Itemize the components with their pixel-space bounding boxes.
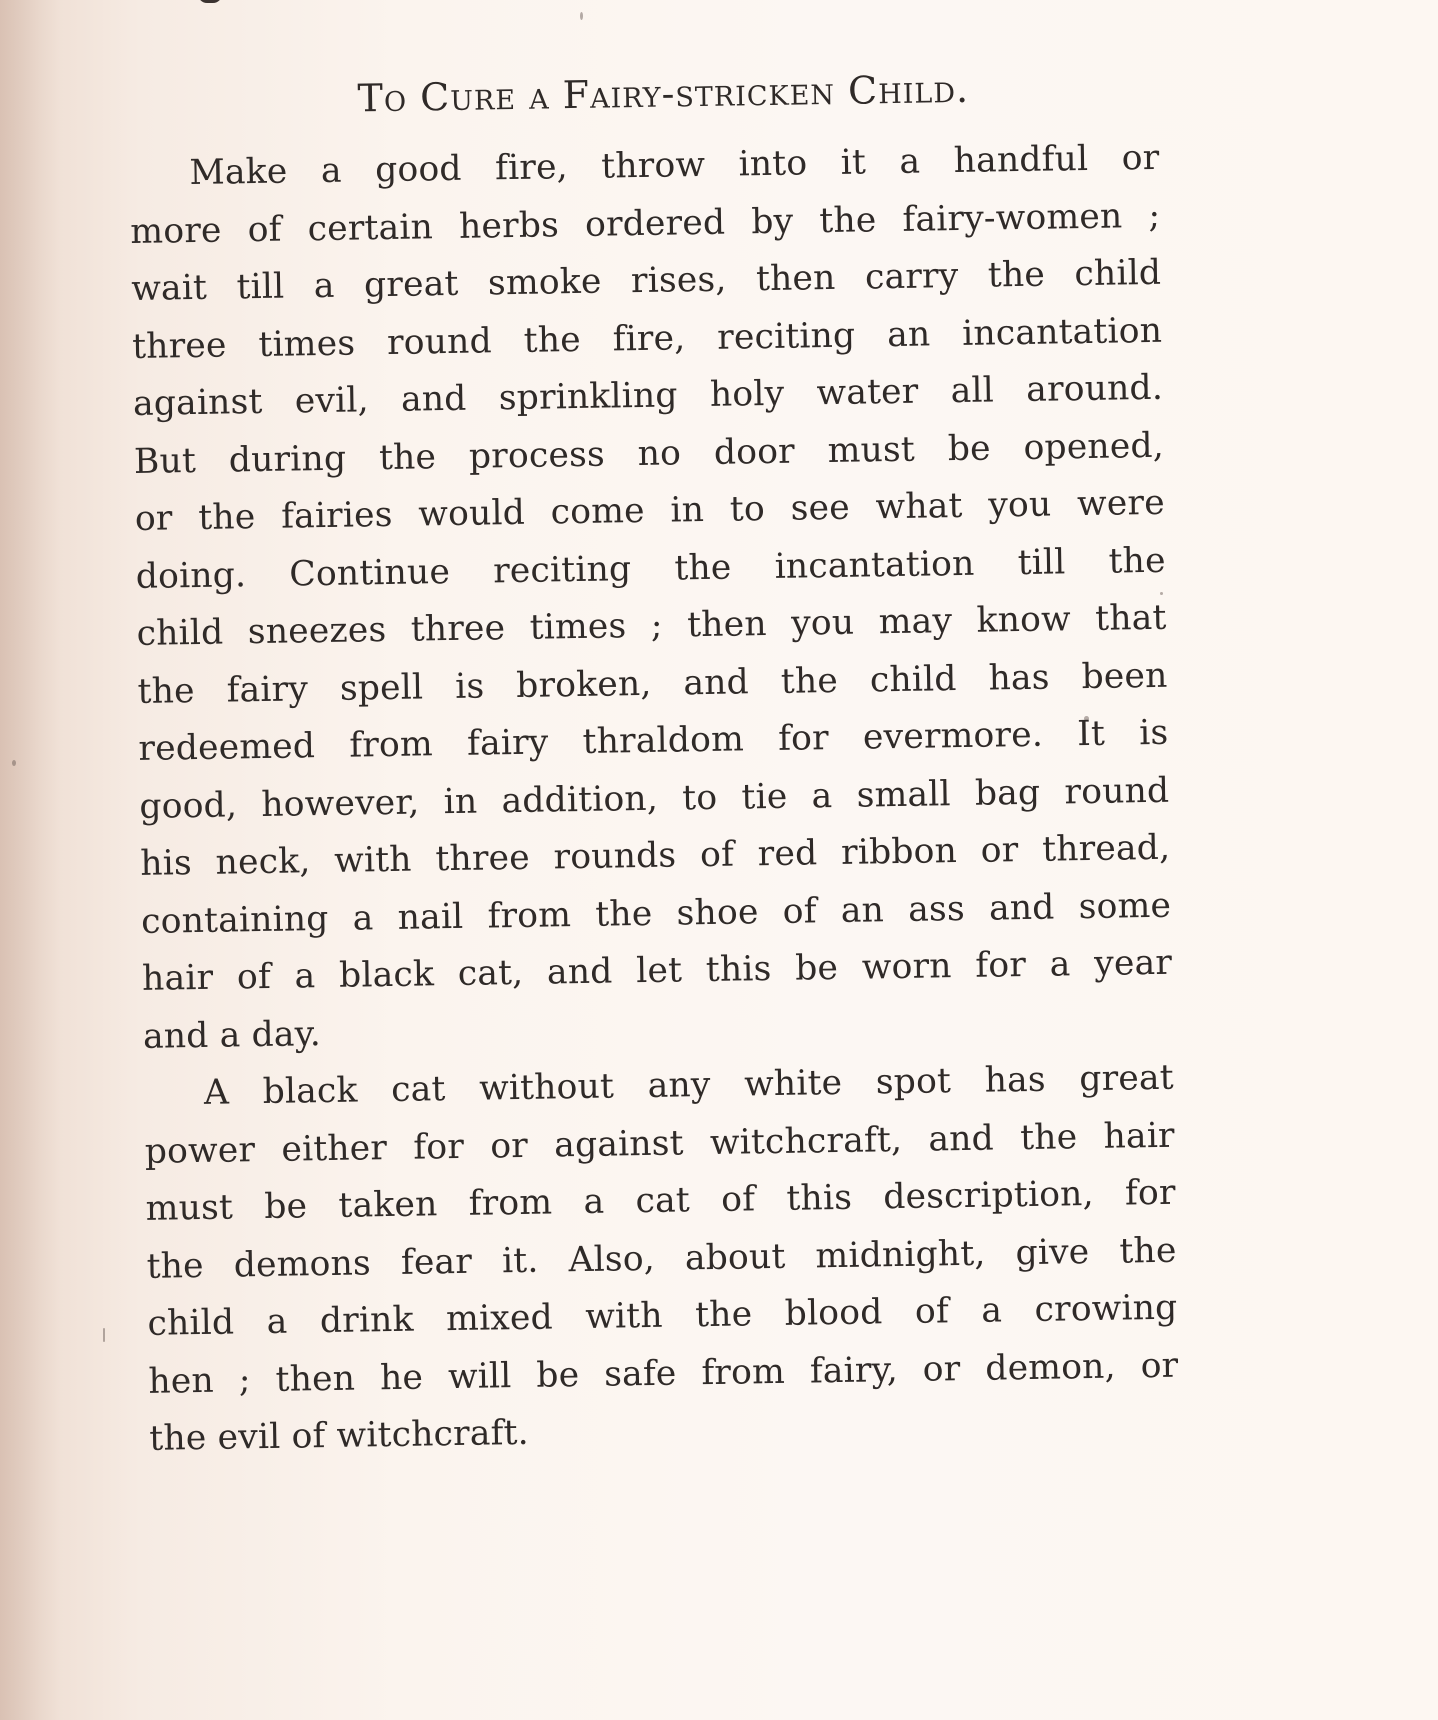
paper-speck [12, 760, 16, 766]
page-heading: To Cure a Fairy-stricken Child. [168, 64, 1159, 124]
paper-speck [103, 1328, 105, 1342]
paragraph-1: Make a good fire, throw into it a handfu… [129, 130, 1173, 1066]
paragraph-2: A black cat without any white spot has g… [143, 1050, 1179, 1469]
book-page-content: To Cure a Fairy-stricken Child. Make a g… [128, 64, 1180, 1469]
paper-speck [580, 12, 583, 20]
page-gutter-shadow [0, 0, 60, 1720]
previous-page-letter-fragment [198, 0, 222, 3]
